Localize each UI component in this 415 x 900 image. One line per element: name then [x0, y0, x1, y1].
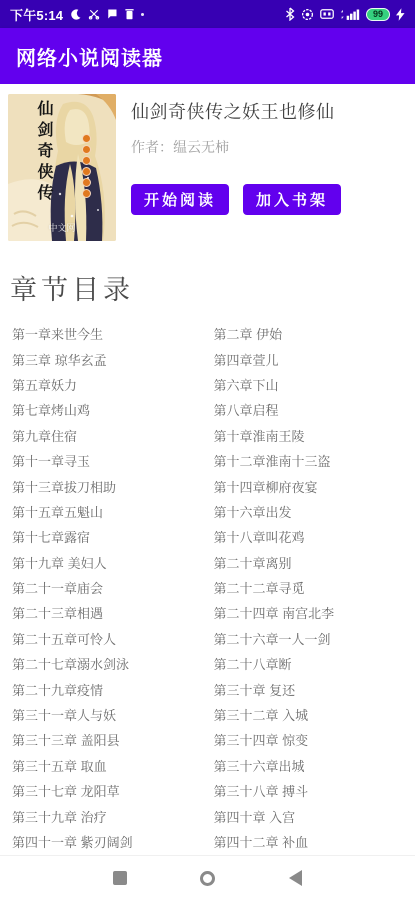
chapter-link[interactable]: 第二十二章寻觅: [214, 575, 404, 600]
app-title: 网络小说阅读器: [16, 42, 163, 71]
trash-icon: [124, 8, 135, 20]
battery-indicator: 99: [366, 8, 390, 21]
chapter-link[interactable]: 第六章下山: [214, 372, 404, 397]
chapter-link[interactable]: 第三十四章 惊变: [214, 727, 404, 752]
chapter-link[interactable]: 第四十二章 补血: [214, 829, 404, 854]
back-icon: [289, 870, 302, 886]
cover-badge-dot: [82, 167, 91, 176]
chapter-link[interactable]: 第十五章五魁山: [12, 499, 202, 524]
chapter-link[interactable]: 第三十一章人与妖: [12, 702, 202, 727]
book-header: 仙剑奇侠传 中文网 仙剑奇侠传之妖王也修仙 作者：缊云无柿 开始阅读 加入书架: [0, 84, 415, 241]
chapter-link[interactable]: 第七章烤山鸡: [12, 397, 202, 422]
signal-icon: [340, 8, 360, 21]
chapter-link[interactable]: 第五章妖力: [12, 372, 202, 397]
content: 仙剑奇侠传 中文网 仙剑奇侠传之妖王也修仙 作者：缊云无柿 开始阅读 加入书架 …: [0, 84, 415, 855]
recents-button[interactable]: [111, 869, 129, 887]
bluetooth-icon: [285, 7, 295, 21]
chapter-link[interactable]: 第八章启程: [214, 397, 404, 422]
clock-text: 下午5:14: [10, 5, 63, 24]
home-icon: [200, 871, 215, 886]
chapter-link[interactable]: 第二十四章 南宫北李: [214, 600, 404, 625]
chapter-link[interactable]: 第四十章 入宫: [214, 803, 404, 828]
cover-art: [8, 94, 116, 241]
data-saver-icon: [301, 8, 314, 21]
book-author: 作者：缊云无柿: [131, 137, 341, 157]
chapter-link[interactable]: 第二十七章溺水剑泳: [12, 651, 202, 676]
chapter-link[interactable]: 第二十八章断: [214, 651, 404, 676]
chapter-link[interactable]: 第十九章 美妇人: [12, 550, 202, 575]
moon-icon: [69, 8, 82, 21]
chapter-link[interactable]: 第三十六章出城: [214, 753, 404, 778]
home-button[interactable]: [199, 869, 217, 887]
cover-badge-dot: [82, 145, 91, 154]
book-info: 仙剑奇侠传之妖王也修仙 作者：缊云无柿 开始阅读 加入书架: [131, 94, 341, 241]
chapter-link[interactable]: 第二十三章相遇: [12, 600, 202, 625]
chapter-link[interactable]: 第三十三章 盖阳县: [12, 727, 202, 752]
start-reading-button[interactable]: 开始阅读: [131, 184, 229, 215]
chapter-link[interactable]: 第三十章 复还: [214, 676, 404, 701]
book-cover: 仙剑奇侠传 中文网: [8, 94, 116, 241]
chapter-link[interactable]: 第二章 伊始: [214, 321, 404, 346]
vowifi-icon: [320, 8, 334, 20]
chapter-link[interactable]: 第三十九章 治疗: [12, 803, 202, 828]
chapter-link[interactable]: 第九章住宿: [12, 423, 202, 448]
chapter-directory-heading: 章节目录: [10, 268, 415, 307]
add-to-shelf-button[interactable]: 加入书架: [243, 184, 341, 215]
chapter-link[interactable]: 第三十七章 龙阳草: [12, 778, 202, 803]
chapter-link[interactable]: 第十二章淮南十三盗: [214, 448, 404, 473]
status-bar: 下午5:14 99: [0, 0, 415, 28]
chapter-link[interactable]: 第二十章离别: [214, 550, 404, 575]
chapter-link[interactable]: 第三十五章 取血: [12, 753, 202, 778]
status-bar-right: 99: [285, 7, 405, 21]
chapter-link[interactable]: 第三十二章 入城: [214, 702, 404, 727]
chapter-link[interactable]: 第三章 琼华玄孟: [12, 346, 202, 371]
chapter-link[interactable]: 第十章淮南王陵: [214, 423, 404, 448]
chapter-link[interactable]: 第十四章柳府夜宴: [214, 473, 404, 498]
chapter-link[interactable]: 第二十九章疫情: [12, 676, 202, 701]
chapter-link[interactable]: 第十三章拔刀相助: [12, 473, 202, 498]
message-icon: [106, 8, 118, 20]
chapter-link[interactable]: 第三十八章 搏斗: [214, 778, 404, 803]
app-bar: 网络小说阅读器: [0, 28, 415, 84]
chapter-link[interactable]: 第一章来世今生: [12, 321, 202, 346]
chapter-link[interactable]: 第十七章露宿: [12, 524, 202, 549]
status-bar-left: 下午5:14: [10, 5, 144, 24]
cover-badge-dot: [82, 189, 91, 198]
chapter-link[interactable]: 第四十一章 紫刃阔剑: [12, 829, 202, 854]
chapter-link[interactable]: 第二十一章庙会: [12, 575, 202, 600]
cut-icon: [88, 8, 100, 20]
cover-watermark: 中文网: [48, 221, 75, 234]
charging-icon: [396, 8, 405, 21]
chapter-link[interactable]: 第十八章叫花鸡: [214, 524, 404, 549]
cover-badge-dots: [82, 134, 91, 198]
chapter-link[interactable]: 第四章萱儿: [214, 346, 404, 371]
action-buttons: 开始阅读 加入书架: [131, 184, 341, 215]
cover-badge-dot: [82, 134, 91, 143]
chapter-list: 第一章来世今生第二章 伊始第三章 琼华玄孟第四章萱儿第五章妖力第六章下山第七章烤…: [0, 321, 415, 854]
android-nav-bar: [0, 855, 415, 900]
recents-icon: [113, 871, 127, 885]
chapter-link[interactable]: 第二十六章一人一剑: [214, 626, 404, 651]
cover-badge-dot: [82, 178, 91, 187]
chapter-link[interactable]: 第二十五章可怜人: [12, 626, 202, 651]
book-title: 仙剑奇侠传之妖王也修仙: [131, 98, 341, 124]
chapter-link[interactable]: 第十一章寻玉: [12, 448, 202, 473]
cover-badge-dot: [82, 156, 91, 165]
chapter-link[interactable]: 第十六章出发: [214, 499, 404, 524]
back-button[interactable]: [287, 869, 305, 887]
cover-vertical-title: 仙剑奇侠传: [32, 100, 55, 230]
overflow-dot: [141, 13, 144, 16]
